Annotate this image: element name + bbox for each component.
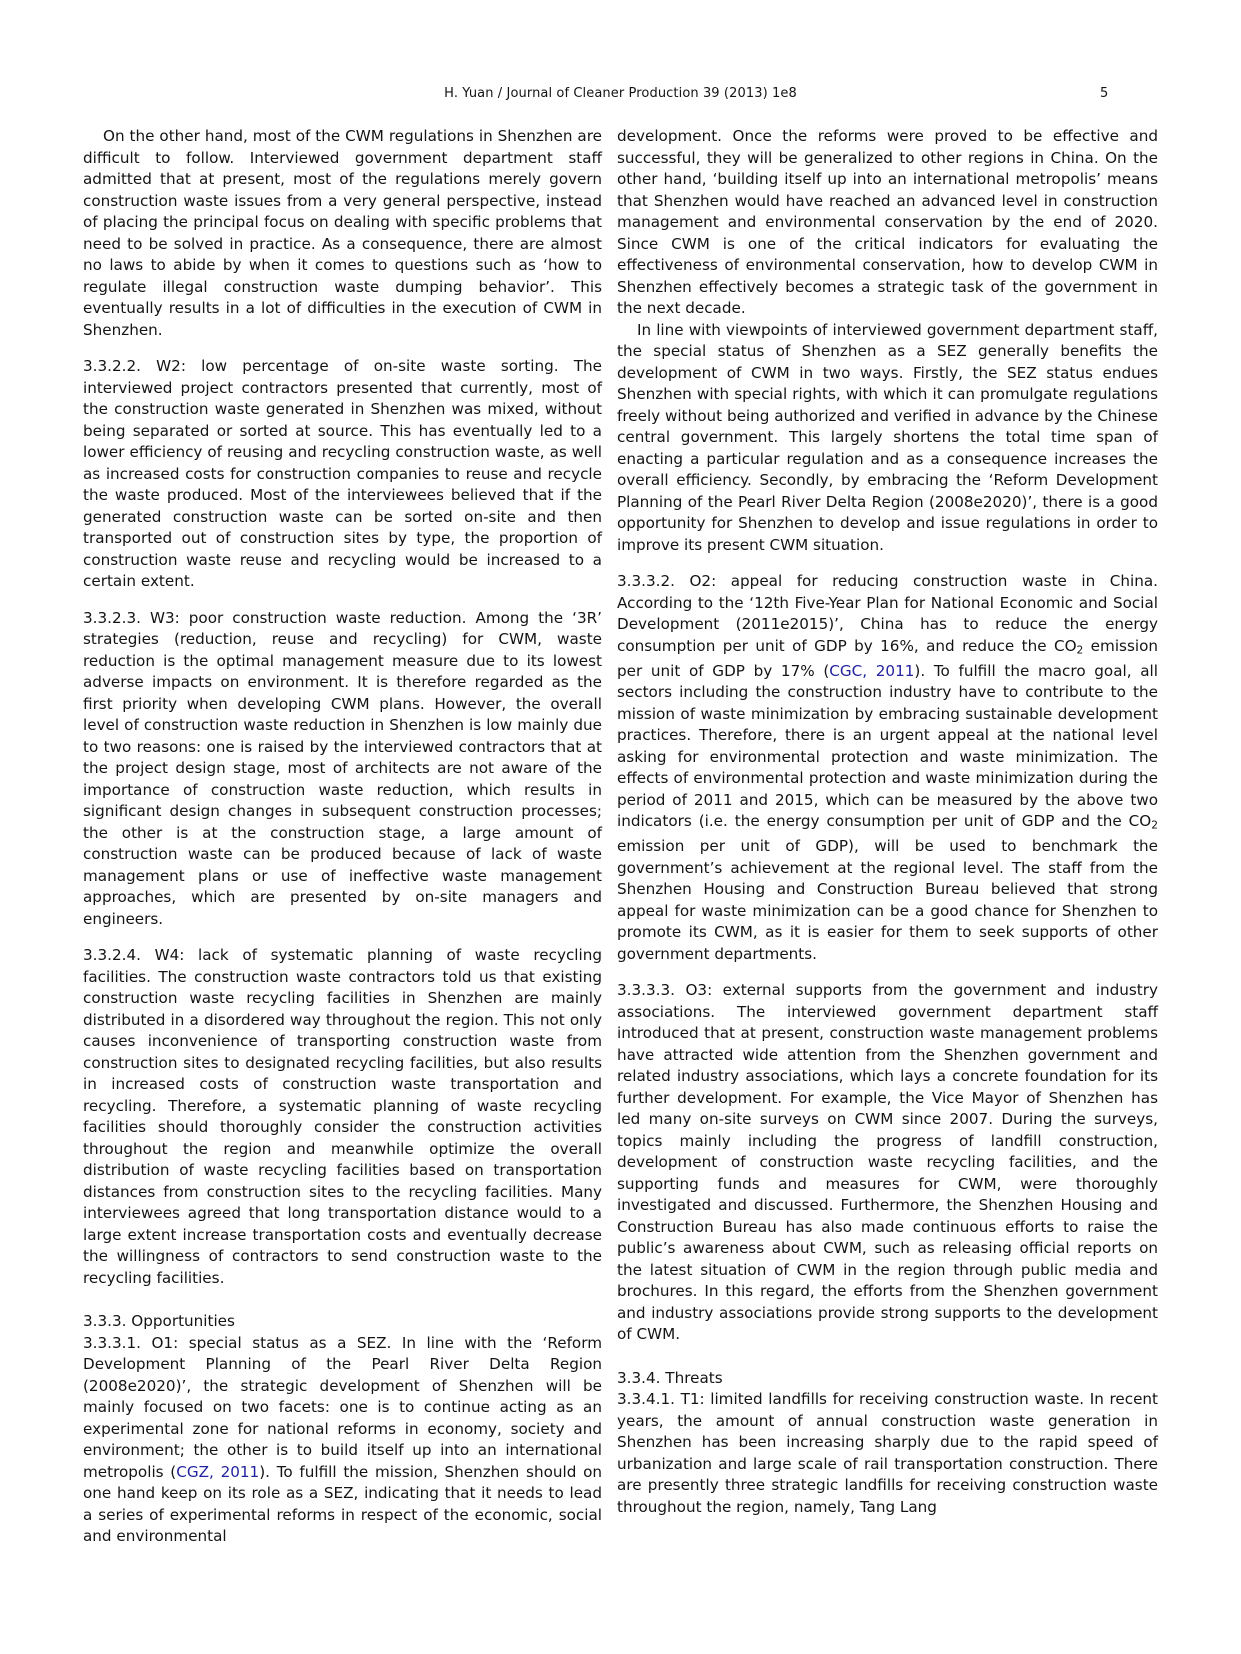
- right-column: development. Once the reforms were prove…: [617, 126, 1158, 1518]
- text-run: 3.3.3.3. O3: external supports from the …: [617, 981, 1158, 1343]
- text-run: 3.3.4. Threats: [617, 1369, 723, 1387]
- journal-page: H. Yuan / Journal of Cleaner Production …: [0, 0, 1241, 1654]
- section-3-3-3-2-o2: 3.3.3.2. O2: appeal for reducing constru…: [617, 571, 1158, 965]
- text-run: 3.3.2.3. W3: poor construction waste red…: [83, 609, 602, 928]
- section-3-3-3-3-o3: 3.3.3.3. O3: external supports from the …: [617, 980, 1158, 1346]
- section-3-3-2-4-w4: 3.3.2.4. W4: lack of systematic planning…: [83, 945, 602, 1289]
- text-run: 3.3.3.1. O1: special status as a SEZ. In…: [83, 1334, 602, 1481]
- text-run: development. Once the reforms were prove…: [617, 127, 1158, 317]
- text-run: ). To fulfill the macro goal, all sector…: [617, 662, 1158, 831]
- heading-3-3-4-threats: 3.3.4. Threats: [617, 1368, 1158, 1390]
- section-3-3-2-3-w3: 3.3.2.3. W3: poor construction waste red…: [83, 608, 602, 931]
- heading-3-3-3-opportunities: 3.3.3. Opportunities: [83, 1311, 602, 1333]
- para-cwm-regulations: On the other hand, most of the CWM regul…: [83, 126, 602, 341]
- text-run: 3.3.4.1. T1: limited landfills for recei…: [617, 1390, 1158, 1516]
- text-run: emission per unit of GDP), will be used …: [617, 837, 1158, 963]
- page-number: 5: [1100, 86, 1108, 101]
- text-run: 3.3.2.4. W4: lack of systematic planning…: [83, 946, 602, 1287]
- text-run: 3.3.3. Opportunities: [83, 1312, 235, 1330]
- text-run: 3.3.2.2. W2: low percentage of on-site w…: [83, 357, 602, 590]
- section-3-3-3-1-o1: 3.3.3.1. O1: special status as a SEZ. In…: [83, 1333, 602, 1548]
- citation-link[interactable]: CGZ, 2011: [176, 1463, 259, 1481]
- running-head: H. Yuan / Journal of Cleaner Production …: [83, 86, 1158, 101]
- subscript-text: 2: [1151, 819, 1158, 832]
- para-development-continued: development. Once the reforms were prove…: [617, 126, 1158, 320]
- citation-link[interactable]: CGC, 2011: [829, 662, 914, 680]
- text-run: On the other hand, most of the CWM regul…: [83, 127, 602, 339]
- text-run: In line with viewpoints of interviewed g…: [617, 321, 1158, 554]
- section-3-3-2-2-w2: 3.3.2.2. W2: low percentage of on-site w…: [83, 356, 602, 593]
- left-column: On the other hand, most of the CWM regul…: [83, 126, 602, 1548]
- section-3-3-4-1-t1: 3.3.4.1. T1: limited landfills for recei…: [617, 1389, 1158, 1518]
- para-sez-benefits: In line with viewpoints of interviewed g…: [617, 320, 1158, 557]
